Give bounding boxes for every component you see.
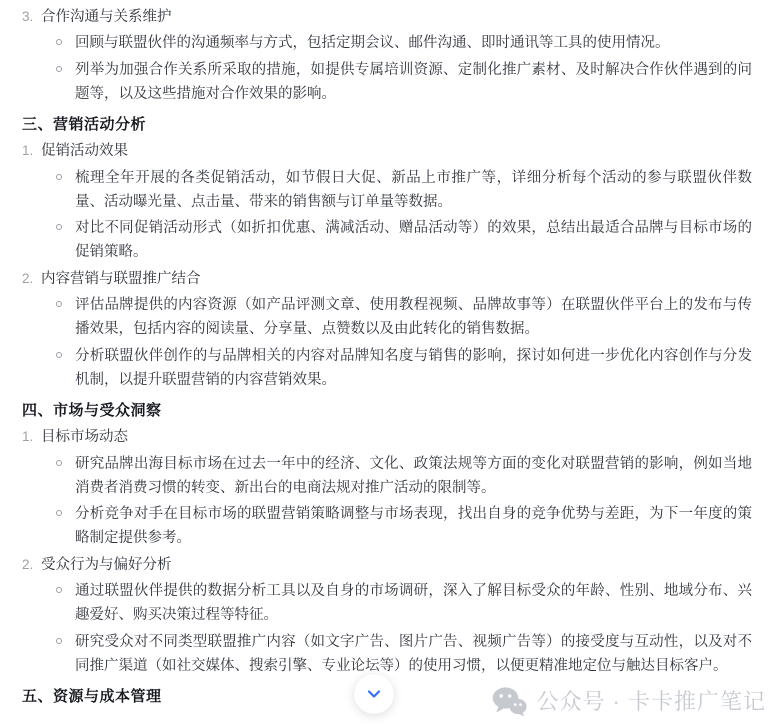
watermark-text: 公众号 · 卡卡推广笔记 bbox=[536, 690, 766, 714]
numbered-item-text: 合作沟通与关系维护 bbox=[41, 5, 172, 29]
bullet-text: 研究品牌出海目标市场在过去一年中的经济、文化、政策法规等方面的变化对联盟营销的影… bbox=[75, 452, 752, 500]
list-number: 3. bbox=[22, 5, 41, 29]
bullet-ring-icon bbox=[56, 174, 62, 180]
numbered-item: 1. 促销活动效果 bbox=[22, 139, 752, 163]
document-page: 3. 合作沟通与关系维护 回顾与联盟伙伴的沟通频率与方式，包括定期会议、邮件沟通… bbox=[0, 0, 780, 727]
bullet-item: 研究受众对不同类型联盟推广内容（如文字广告、图片广告、视频广告等）的接受度与互动… bbox=[22, 630, 752, 678]
bullet-ring-icon bbox=[56, 301, 62, 307]
document-body: 3. 合作沟通与关系维护 回顾与联盟伙伴的沟通频率与方式，包括定期会议、邮件沟通… bbox=[0, 0, 780, 709]
bullet-item: 通过联盟伙伴提供的数据分析工具以及自身的市场调研，深入了解目标受众的年龄、性别、… bbox=[22, 579, 752, 627]
bullet-text: 分析竞争对手在目标市场的联盟营销策略调整与市场表现，找出自身的竞争优势与差距，为… bbox=[75, 502, 752, 550]
chevron-down-icon bbox=[365, 685, 383, 703]
numbered-item-text: 目标市场动态 bbox=[41, 425, 128, 449]
bullet-ring-icon bbox=[56, 352, 62, 358]
section-heading: 三、营销活动分析 bbox=[22, 113, 752, 137]
numbered-item-text: 受众行为与偏好分析 bbox=[41, 553, 172, 577]
numbered-item-text: 内容营销与联盟推广结合 bbox=[41, 267, 201, 291]
bullet-item: 研究品牌出海目标市场在过去一年中的经济、文化、政策法规等方面的变化对联盟营销的影… bbox=[22, 452, 752, 500]
bullet-ring-icon bbox=[56, 66, 62, 72]
bullet-ring-icon bbox=[56, 39, 62, 45]
numbered-item: 1. 目标市场动态 bbox=[22, 425, 752, 449]
bullet-text: 研究受众对不同类型联盟推广内容（如文字广告、图片广告、视频广告等）的接受度与互动… bbox=[75, 630, 752, 678]
scroll-down-button[interactable] bbox=[354, 674, 394, 714]
numbered-item: 3. 合作沟通与关系维护 bbox=[22, 5, 752, 29]
list-number: 2. bbox=[22, 553, 41, 577]
bullet-item: 对比不同促销活动形式（如折扣优惠、满减活动、赠品活动等）的效果，总结出最适合品牌… bbox=[22, 216, 752, 264]
bullet-item: 分析联盟伙伴创作的与品牌相关的内容对品牌知名度与销售的影响，探讨如何进一步优化内… bbox=[22, 344, 752, 392]
list-number: 1. bbox=[22, 139, 41, 163]
list-number: 2. bbox=[22, 267, 41, 291]
bullet-ring-icon bbox=[56, 510, 62, 516]
bullet-item: 评估品牌提供的内容资源（如产品评测文章、使用教程视频、品牌故事等）在联盟伙伴平台… bbox=[22, 293, 752, 341]
bullet-text: 梳理全年开展的各类促销活动，如节假日大促、新品上市推广等，详细分析每个活动的参与… bbox=[75, 166, 752, 214]
bullet-ring-icon bbox=[56, 638, 62, 644]
bullet-text: 评估品牌提供的内容资源（如产品评测文章、使用教程视频、品牌故事等）在联盟伙伴平台… bbox=[75, 293, 752, 341]
bullet-item: 回顾与联盟伙伴的沟通频率与方式，包括定期会议、邮件沟通、即时通讯等工具的使用情况… bbox=[22, 31, 752, 55]
watermark: 公众号 · 卡卡推广笔记 bbox=[492, 687, 766, 717]
bullet-text: 回顾与联盟伙伴的沟通频率与方式，包括定期会议、邮件沟通、即时通讯等工具的使用情况… bbox=[75, 31, 752, 55]
bullet-ring-icon bbox=[56, 460, 62, 466]
bullet-item: 分析竞争对手在目标市场的联盟营销策略调整与市场表现，找出自身的竞争优势与差距，为… bbox=[22, 502, 752, 550]
list-number: 1. bbox=[22, 425, 41, 449]
numbered-item: 2. 内容营销与联盟推广结合 bbox=[22, 267, 752, 291]
bullet-item: 列举为加强合作关系所采取的措施，如提供专属培训资源、定制化推广素材、及时解决合作… bbox=[22, 58, 752, 106]
bullet-text: 列举为加强合作关系所采取的措施，如提供专属培训资源、定制化推广素材、及时解决合作… bbox=[75, 58, 752, 106]
numbered-item: 2. 受众行为与偏好分析 bbox=[22, 553, 752, 577]
bullet-ring-icon bbox=[56, 224, 62, 230]
section-heading: 四、市场与受众洞察 bbox=[22, 399, 752, 423]
bullet-item: 梳理全年开展的各类促销活动，如节假日大促、新品上市推广等，详细分析每个活动的参与… bbox=[22, 166, 752, 214]
bullet-ring-icon bbox=[56, 587, 62, 593]
wechat-icon bbox=[492, 687, 527, 717]
numbered-item-text: 促销活动效果 bbox=[41, 139, 128, 163]
bullet-text: 分析联盟伙伴创作的与品牌相关的内容对品牌知名度与销售的影响，探讨如何进一步优化内… bbox=[75, 344, 752, 392]
bullet-text: 通过联盟伙伴提供的数据分析工具以及自身的市场调研，深入了解目标受众的年龄、性别、… bbox=[75, 579, 752, 627]
bullet-text: 对比不同促销活动形式（如折扣优惠、满减活动、赠品活动等）的效果，总结出最适合品牌… bbox=[75, 216, 752, 264]
